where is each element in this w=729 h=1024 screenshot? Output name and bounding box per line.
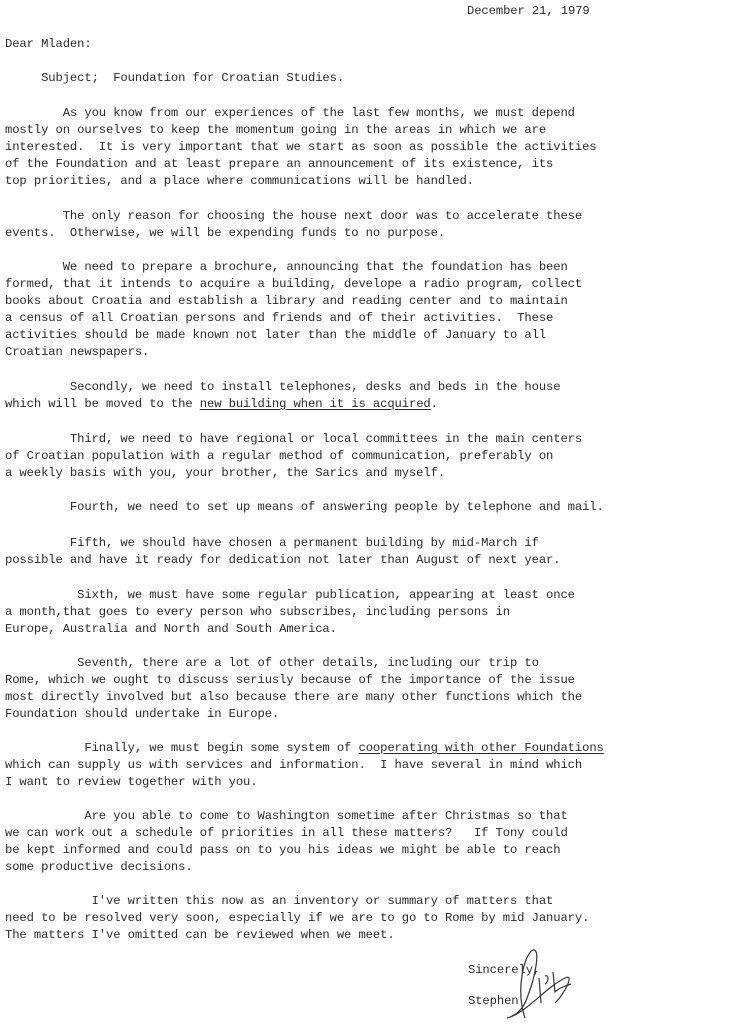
- paragraph-11-line: we can work out a schedule of priorities…: [5, 825, 568, 842]
- handwritten-signature-icon: [505, 948, 595, 1024]
- paragraph-3-line: activities should be made known not late…: [5, 327, 546, 344]
- paragraph-8-line: a month,that goes to every person who su…: [5, 604, 510, 621]
- paragraph-9-line: Foundation should undertake in Europe.: [5, 706, 279, 723]
- paragraph-4-line: which will be moved to the new building …: [5, 396, 438, 413]
- paragraph-1-line: of the Foundation and at least prepare a…: [5, 156, 553, 173]
- paragraph-9-line: Seventh, there are a lot of other detail…: [5, 655, 539, 672]
- paragraph-1-line: As you know from our experiences of the …: [5, 105, 575, 122]
- paragraph-4-line: Secondly, we need to install telephones,…: [5, 379, 560, 396]
- salutation: Dear Mladen:: [5, 36, 92, 53]
- paragraph-3-line: We need to prepare a brochure, announcin…: [5, 259, 568, 276]
- paragraph-11-line: be kept informed and could pass on to yo…: [5, 842, 560, 859]
- letter-date: December 21, 1979: [467, 3, 590, 20]
- paragraph-9-line: Rome, which we ought to discuss seriusly…: [5, 672, 575, 689]
- paragraph-7-line: Fifth, we should have chosen a permanent…: [5, 535, 539, 552]
- paragraph-3-line: formed, that it intends to acquire a bui…: [5, 276, 582, 293]
- paragraph-4-end: .: [431, 397, 438, 411]
- paragraph-4-text: which will be moved to the: [5, 397, 200, 411]
- paragraph-12-line: I've written this now as an inventory or…: [5, 893, 553, 910]
- paragraph-5-line: Third, we need to have regional or local…: [5, 431, 582, 448]
- paragraph-5-line: of Croatian population with a regular me…: [5, 448, 553, 465]
- paragraph-3-line: Croatian newspapers.: [5, 344, 149, 361]
- paragraph-2-line: events. Otherwise, we will be expending …: [5, 225, 445, 242]
- paragraph-2-line: The only reason for choosing the house n…: [5, 208, 582, 225]
- letter-page: December 21, 1979 Dear Mladen: Subject; …: [0, 0, 729, 1024]
- paragraph-3-line: a census of all Croatian persons and fri…: [5, 310, 553, 327]
- underlined-phrase: new building when it is acquired: [200, 397, 431, 411]
- paragraph-8-line: Sixth, we must have some regular publica…: [5, 587, 575, 604]
- paragraph-10-line: I want to review together with you.: [5, 774, 257, 791]
- paragraph-11-line: Are you able to come to Washington somet…: [5, 808, 568, 825]
- paragraph-5-line: a weekly basis with you, your brother, t…: [5, 465, 445, 482]
- paragraph-10-text: Finally, we must begin some system of: [5, 741, 358, 755]
- paragraph-9-line: most directly involved but also because …: [5, 689, 582, 706]
- paragraph-1-line: mostly on ourselves to keep the momentum…: [5, 122, 546, 139]
- paragraph-7-line: possible and have it ready for dedicatio…: [5, 552, 560, 569]
- subject-line: Subject; Foundation for Croatian Studies…: [5, 70, 344, 87]
- paragraph-1-line: interested. It is very important that we…: [5, 139, 597, 156]
- paragraph-6-line: Fourth, we need to set up means of answe…: [5, 499, 604, 516]
- paragraph-12-line: The matters I've omitted can be reviewed…: [5, 927, 395, 944]
- paragraph-10-line: which can supply us with services and in…: [5, 757, 582, 774]
- paragraph-1-line: top priorities, and a place where commun…: [5, 173, 474, 190]
- paragraph-3-line: books about Croatia and establish a libr…: [5, 293, 568, 310]
- paragraph-12-line: need to be resolved very soon, especiall…: [5, 910, 589, 927]
- paragraph-11-line: some productive decisions.: [5, 859, 193, 876]
- underlined-phrase: cooperating with other Foundations: [358, 741, 603, 755]
- paragraph-8-line: Europe, Australia and North and South Am…: [5, 621, 337, 638]
- paragraph-10-line: Finally, we must begin some system of co…: [5, 740, 604, 757]
